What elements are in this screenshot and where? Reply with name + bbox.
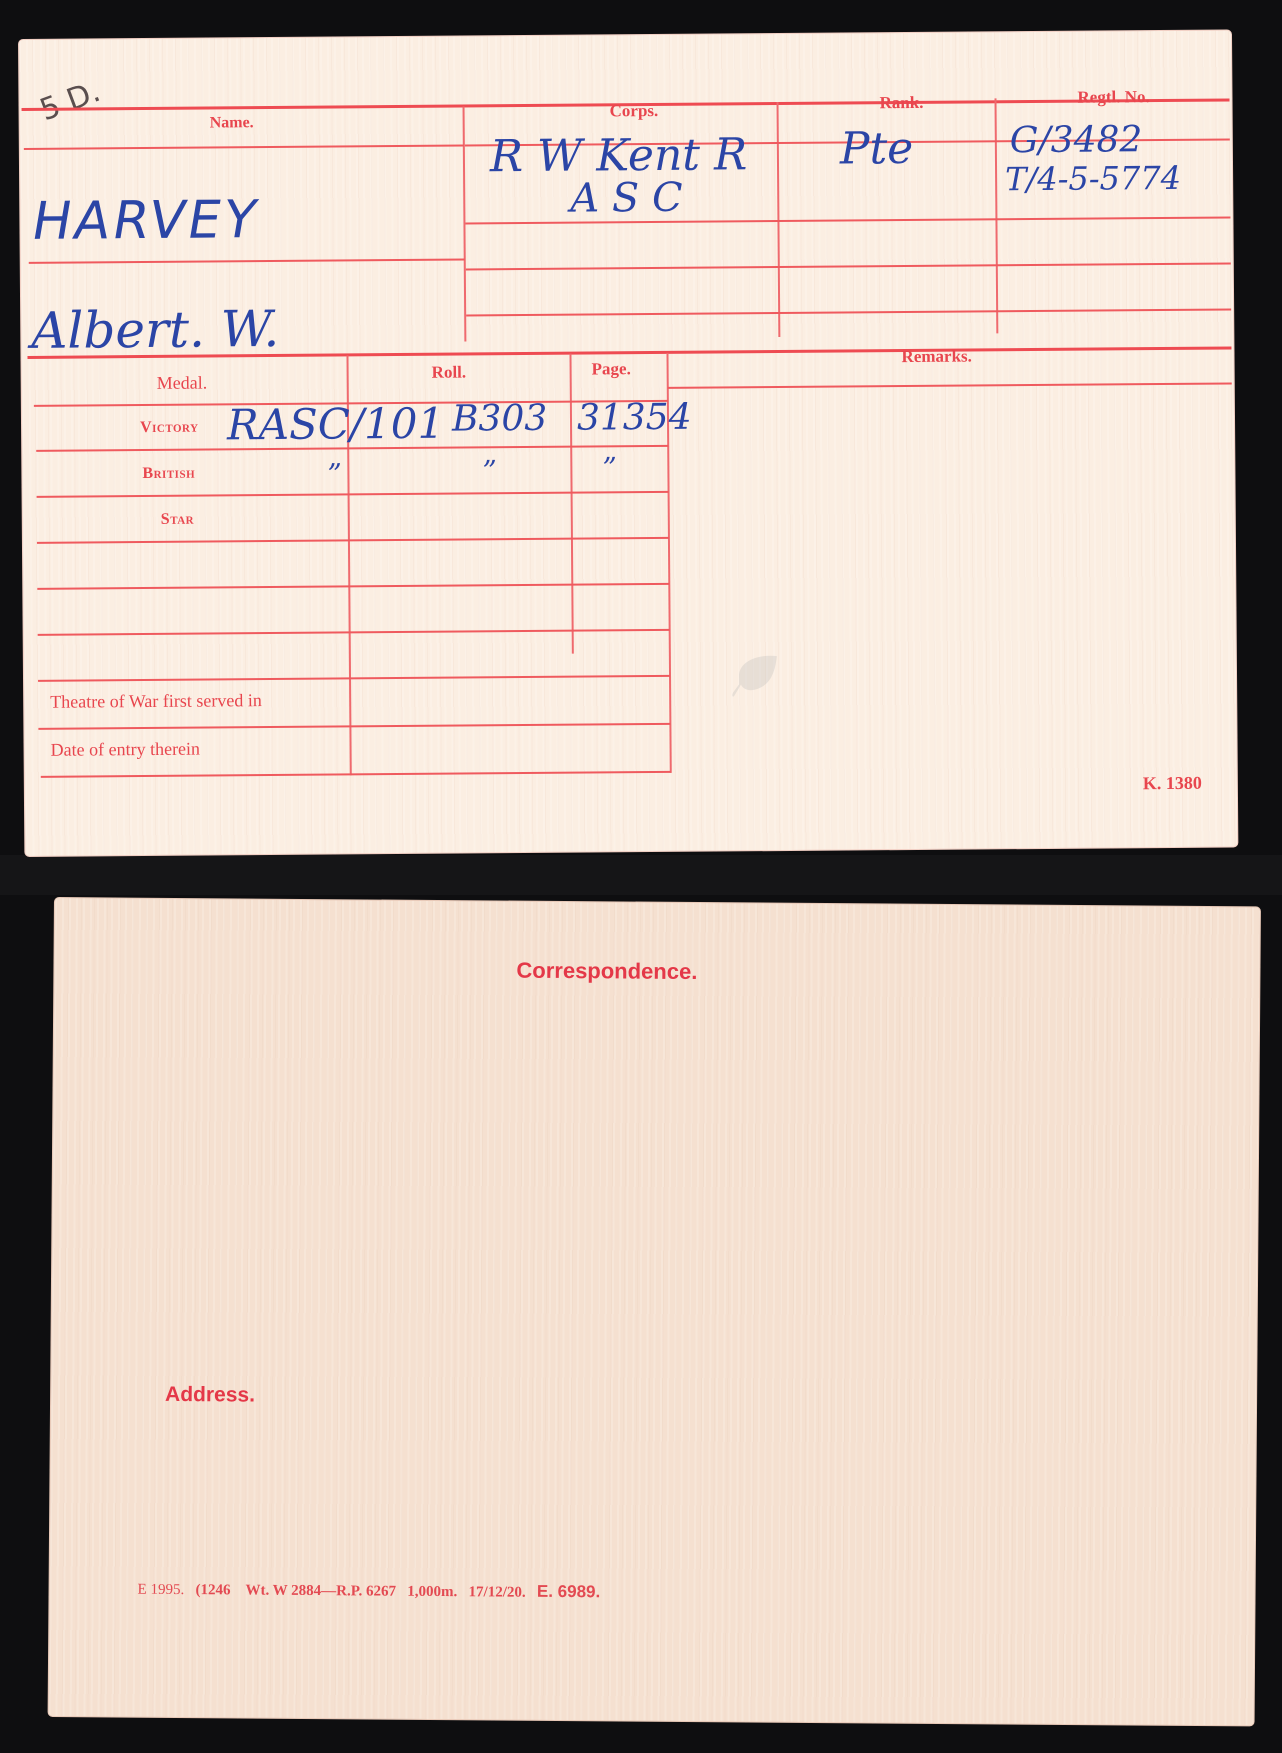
medal-victory-label: Victory bbox=[140, 419, 199, 437]
victory-roll-prefix: RASC/101 bbox=[227, 399, 445, 450]
imprint-part1: E 1995. bbox=[138, 1582, 185, 1598]
rule bbox=[37, 583, 669, 590]
leaf-watermark-icon bbox=[729, 654, 779, 702]
rule bbox=[668, 382, 1232, 388]
medal-british-label: British bbox=[142, 465, 195, 483]
rule bbox=[24, 145, 464, 150]
surname-value: HARVEY bbox=[27, 190, 263, 252]
address-label: Address. bbox=[165, 1383, 255, 1408]
imprint-part2: (1246 bbox=[195, 1582, 230, 1598]
british-roll-prefix-ditto: ” bbox=[327, 457, 342, 490]
header-name: Name. bbox=[210, 114, 254, 132]
rule bbox=[38, 723, 670, 730]
imprint-part4: 1,000m. bbox=[407, 1584, 457, 1600]
printer-imprint: E 1995. (1246 Wt. W 2884—R.P. 6267 1,000… bbox=[137, 1579, 600, 1603]
divider-roll-page bbox=[569, 354, 573, 654]
british-page-ditto: ” bbox=[602, 451, 617, 484]
rule bbox=[29, 259, 465, 264]
theatre-of-war-label: Theatre of War first served in bbox=[50, 690, 262, 713]
rule bbox=[466, 262, 1231, 270]
medal-index-card-front: 5 D. Name. Corps. Rank. Regtl. No. HARVE… bbox=[19, 30, 1237, 855]
header-page: Page. bbox=[592, 359, 631, 379]
victory-page-value: 31354 bbox=[577, 397, 692, 439]
rule bbox=[37, 491, 669, 498]
pencil-mark: 5 D. bbox=[35, 74, 105, 128]
header-roll: Roll. bbox=[432, 362, 467, 382]
header-rank: Rank. bbox=[879, 93, 923, 113]
rule bbox=[38, 629, 670, 636]
correspondence-label: Correspondence. bbox=[516, 958, 697, 985]
victory-roll-value: B303 bbox=[452, 398, 547, 440]
header-medal: Medal. bbox=[157, 373, 208, 394]
british-roll-ditto: ” bbox=[482, 454, 497, 487]
header-corps: Corps. bbox=[610, 101, 659, 121]
form-code: K. 1380 bbox=[1143, 773, 1202, 794]
regtl-no-value-line1: G/3482 bbox=[1010, 119, 1143, 161]
header-regtl-no: Regtl. No. bbox=[1077, 87, 1149, 108]
divider-rank-regtl bbox=[994, 98, 997, 333]
rule bbox=[37, 537, 669, 544]
rule bbox=[38, 675, 670, 682]
header-remarks: Remarks. bbox=[901, 347, 972, 368]
medal-star-label: Star bbox=[161, 511, 194, 529]
scanner-gap bbox=[0, 855, 1282, 895]
imprint-part5: 17/12/20. bbox=[468, 1584, 525, 1600]
rule bbox=[466, 308, 1231, 316]
forenames-value: Albert. W. bbox=[31, 300, 279, 360]
rule bbox=[41, 771, 671, 778]
date-of-entry-label: Date of entry therein bbox=[50, 739, 200, 761]
corps-value-line2: A S C bbox=[570, 175, 683, 222]
medal-index-card-back: Correspondence. Address. E 1995. (1246 W… bbox=[49, 898, 1260, 1725]
imprint-part6: E. 6989. bbox=[537, 1582, 600, 1601]
imprint-part3: Wt. W 2884—R.P. 6267 bbox=[245, 1583, 396, 1600]
rank-value: Pte bbox=[840, 123, 914, 175]
regtl-no-value-line2: T/4-5-5774 bbox=[1005, 159, 1181, 198]
